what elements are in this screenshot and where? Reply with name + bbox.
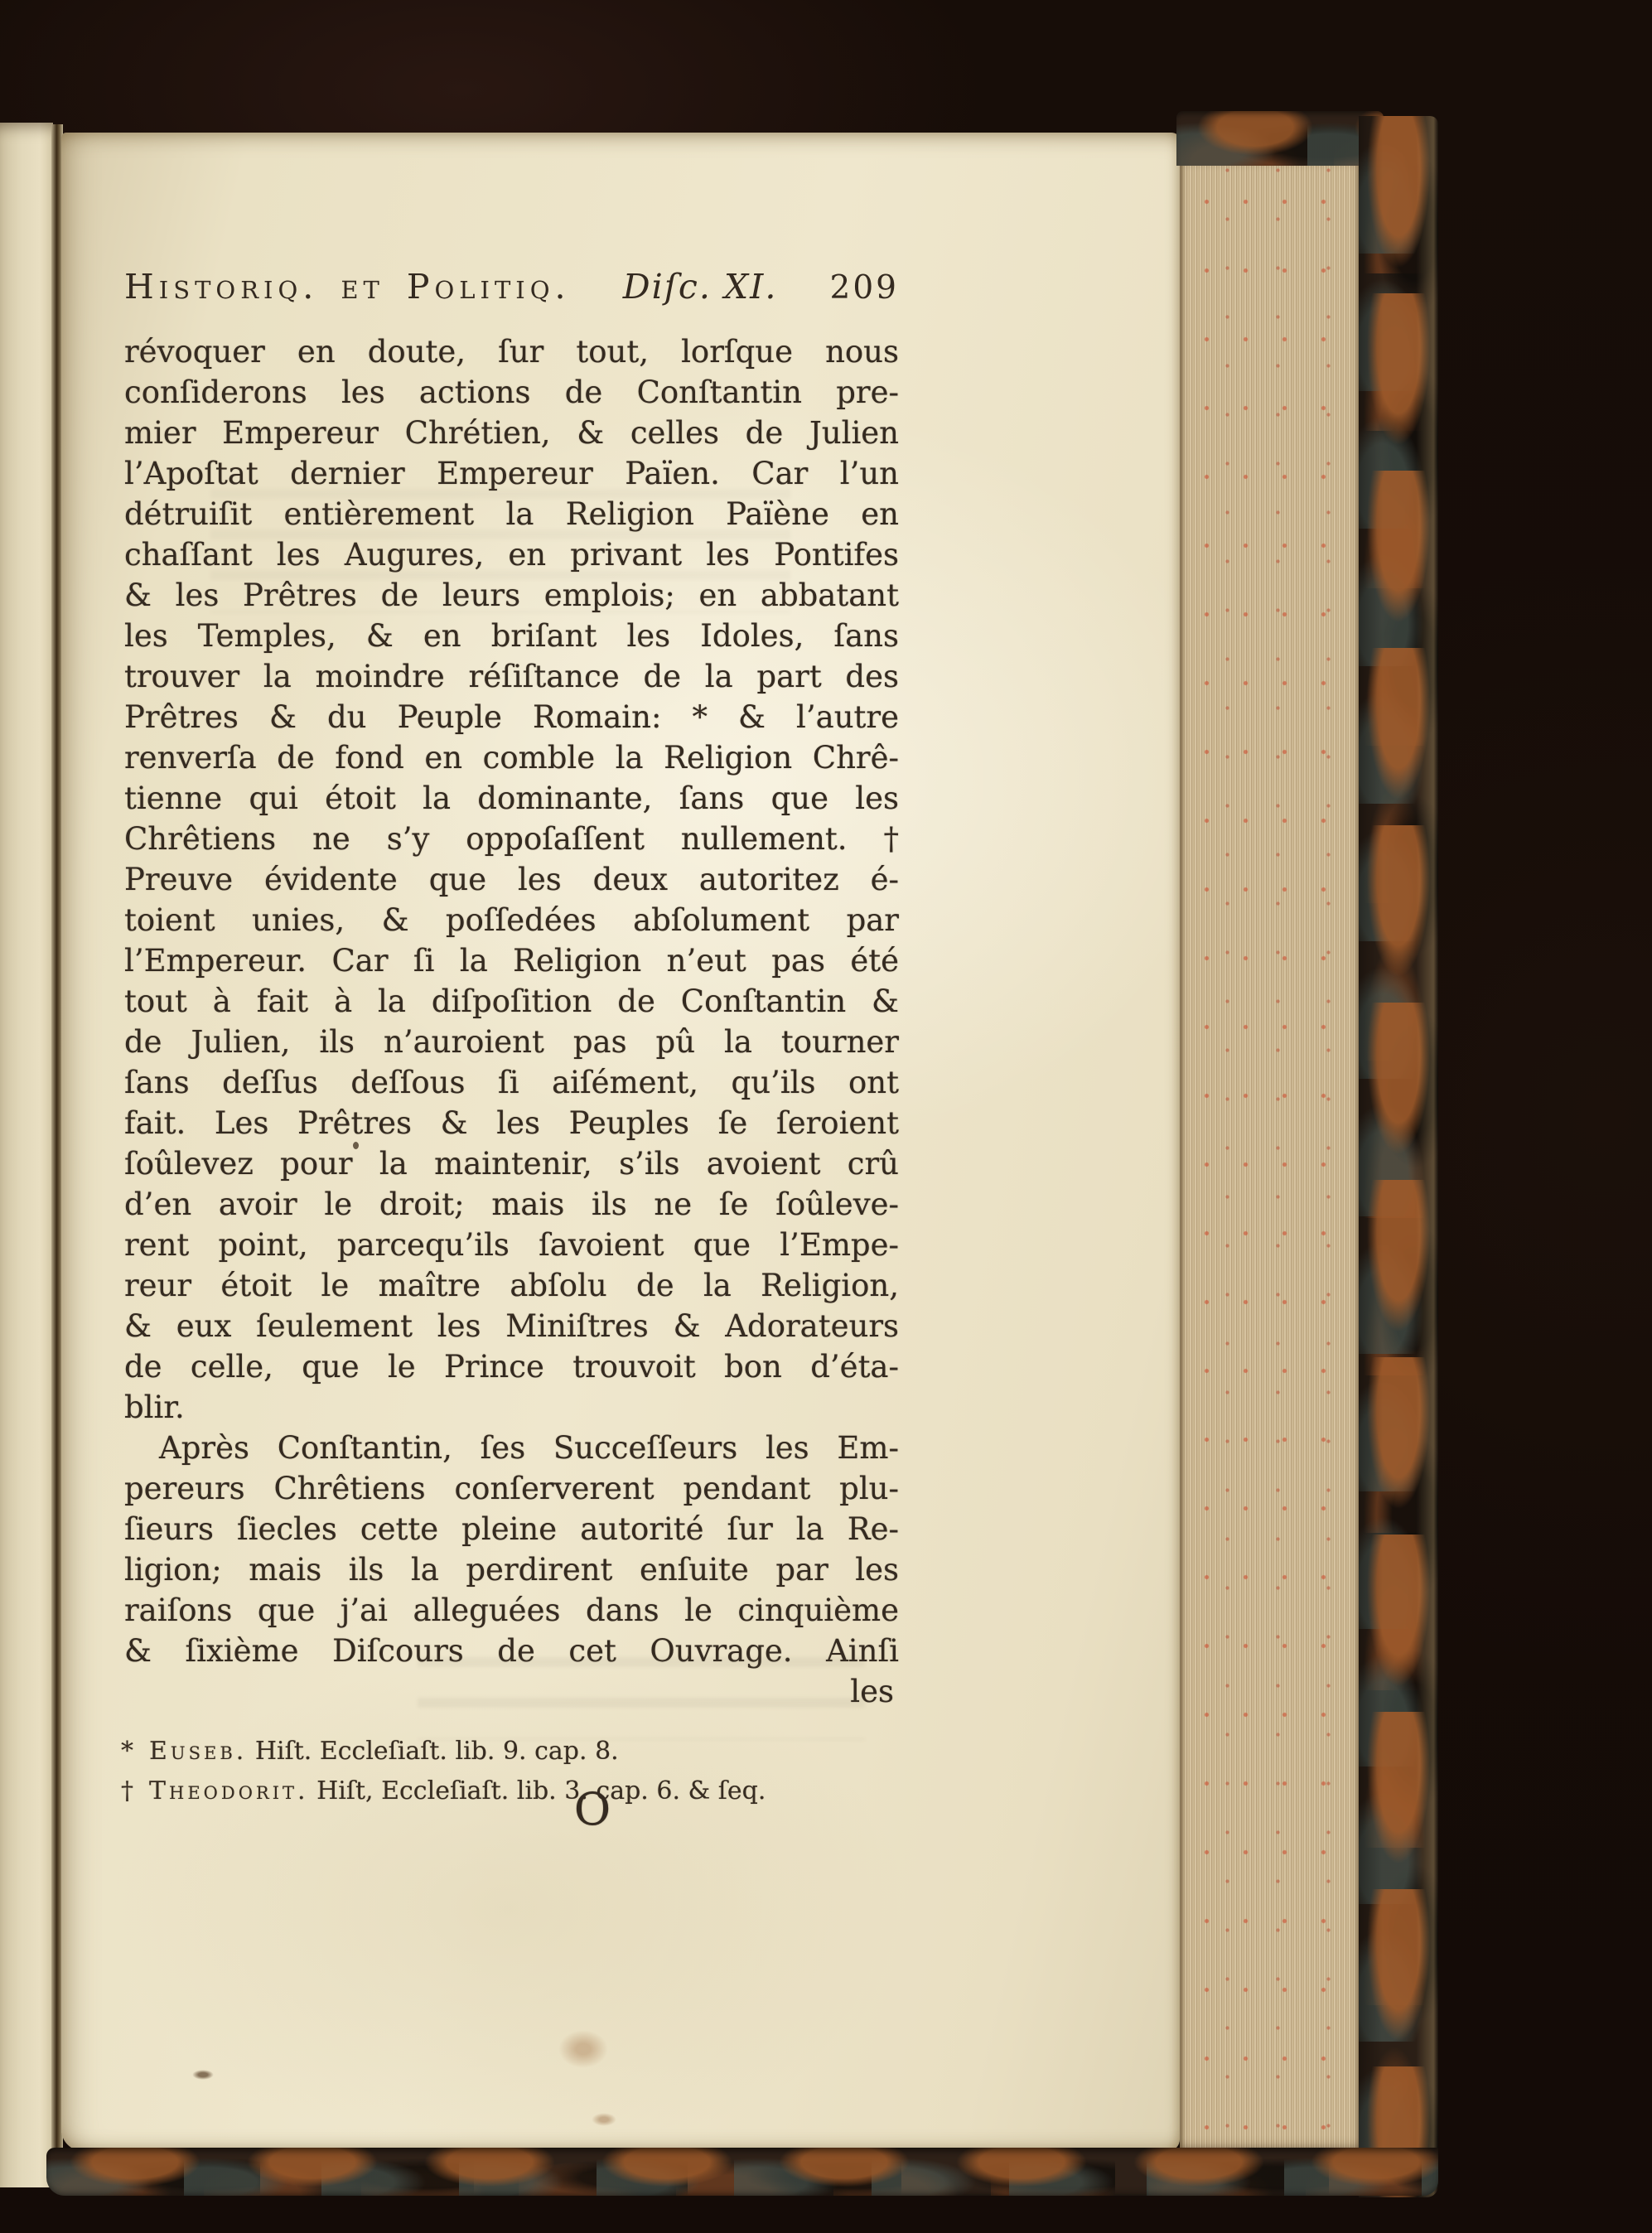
body-line: & eux ſeulement les Miniſtres & Adorateu…: [124, 1306, 899, 1346]
body-line: de Julien, ils n’auroient pas pû la tour…: [124, 1022, 899, 1062]
showthrough-ghost: [210, 489, 790, 613]
body-line: d’en avoir le droit; mais ils ne ſe ſoûl…: [124, 1184, 899, 1225]
body-line: renverſa de fond en comble la Religion C…: [124, 737, 899, 778]
ink-speck: [192, 2070, 214, 2080]
body-line: Preuve évidente que les deux autoritez é…: [124, 859, 899, 900]
body-line: tout à fait à la diſpoſition de Conſtant…: [124, 981, 899, 1022]
showthrough-ghost: [418, 1657, 865, 1740]
body-line: fait. Les Prêtres & les Peuples ſe ſeroi…: [124, 1103, 899, 1143]
fore-edge-pages: [1180, 156, 1360, 2151]
body-line: l’Empereur. Car ſi la Religion n’eut pas…: [124, 940, 899, 981]
body-line: trouver la moindre réſiſtance de la part…: [124, 656, 899, 697]
body-line: Chrêtiens ne s’y oppoſaſſent nullement. …: [124, 819, 899, 859]
body-line: ſans deſſus deſſous ſi aiſément, qu’ils …: [124, 1062, 899, 1103]
body-line: révoquer en doute, ſur tout, lorſque nou…: [124, 331, 899, 372]
body-line: de celle, que le Prince trouvoit bon d’é…: [124, 1346, 899, 1387]
footnote-reference: Hiſt, Eccleſiaſt. lib. 3. cap. 6. & ſeq.: [309, 1776, 766, 1805]
facing-page-edge: [0, 123, 53, 2187]
body-line: ſoûlevez pour la maintenir, s’ils avoien…: [124, 1143, 899, 1184]
footnote-marker: †: [121, 1771, 149, 1811]
body-line: rent point, parcequ’ils ſavoient que l’E…: [124, 1225, 899, 1265]
body-line: mier Empereur Chrétien, & celles de Juli…: [124, 413, 899, 453]
page-number: 209: [830, 269, 899, 307]
body-line: conſiderons les actions de Conſtantin pr…: [124, 372, 899, 413]
foxing-stain: [592, 2113, 616, 2126]
ink-speck: [353, 1142, 359, 1149]
footnotes: *Euseb. Hiſt. Eccleſiaſt. lib. 9. cap. 8…: [121, 1732, 896, 1811]
body-line: ligion; mais ils la perdirent enſuite pa…: [124, 1549, 899, 1590]
book-scan-photo: Historiq. et Politiq. Diſc. XI. 209 révo…: [0, 0, 1652, 2233]
book-page: Historiq. et Politiq. Diſc. XI. 209 révo…: [61, 133, 1180, 2151]
body-line: reur étoit le maître abſolu de la Religi…: [124, 1265, 899, 1306]
running-title: Historiq. et Politiq.: [124, 267, 571, 307]
marbled-cover-bottom: [46, 2148, 1438, 2196]
footnote: †Theodorit. Hiſt, Eccleſiaſt. lib. 3. ca…: [121, 1771, 896, 1811]
body-line: toient unies, & poſſedées abſolument par: [124, 900, 899, 940]
foxing-stain: [558, 2030, 608, 2068]
footnote-author: Euseb.: [149, 1737, 247, 1766]
body-line: raiſons que j’ai alleguées dans le cinqu…: [124, 1590, 899, 1631]
discourse-label: Diſc. XI.: [623, 267, 778, 307]
body-line: les Temples, & en briſant les Idoles, ſa…: [124, 616, 899, 656]
footnote-author: Theodorit.: [149, 1776, 309, 1805]
marbled-cover-right: [1359, 116, 1438, 2197]
body-line: blir.: [124, 1387, 899, 1428]
running-header: Historiq. et Politiq. Diſc. XI. 209: [124, 267, 899, 315]
signature-mark: O: [543, 1783, 642, 1835]
footnote-marker: *: [121, 1732, 149, 1771]
body-line: tienne qui étoit la dominante, ſans que …: [124, 778, 899, 819]
footnote-reference: Hiſt. Eccleſiaſt. lib. 9. cap. 8.: [247, 1737, 618, 1766]
body-line: pereurs Chrêtiens conſerverent pendant p…: [124, 1468, 899, 1509]
body-line: ſieurs ſiecles cette pleine autorité ſur…: [124, 1509, 899, 1549]
marbled-cover-top: [1176, 111, 1384, 166]
body-line: Prêtres & du Peuple Romain: * & l’autre: [124, 697, 899, 737]
body-line: l’Apoſtat dernier Empereur Païen. Car l’…: [124, 453, 899, 494]
body-line: Après Conſtantin, ſes Succeſſeurs les Em…: [124, 1428, 899, 1468]
